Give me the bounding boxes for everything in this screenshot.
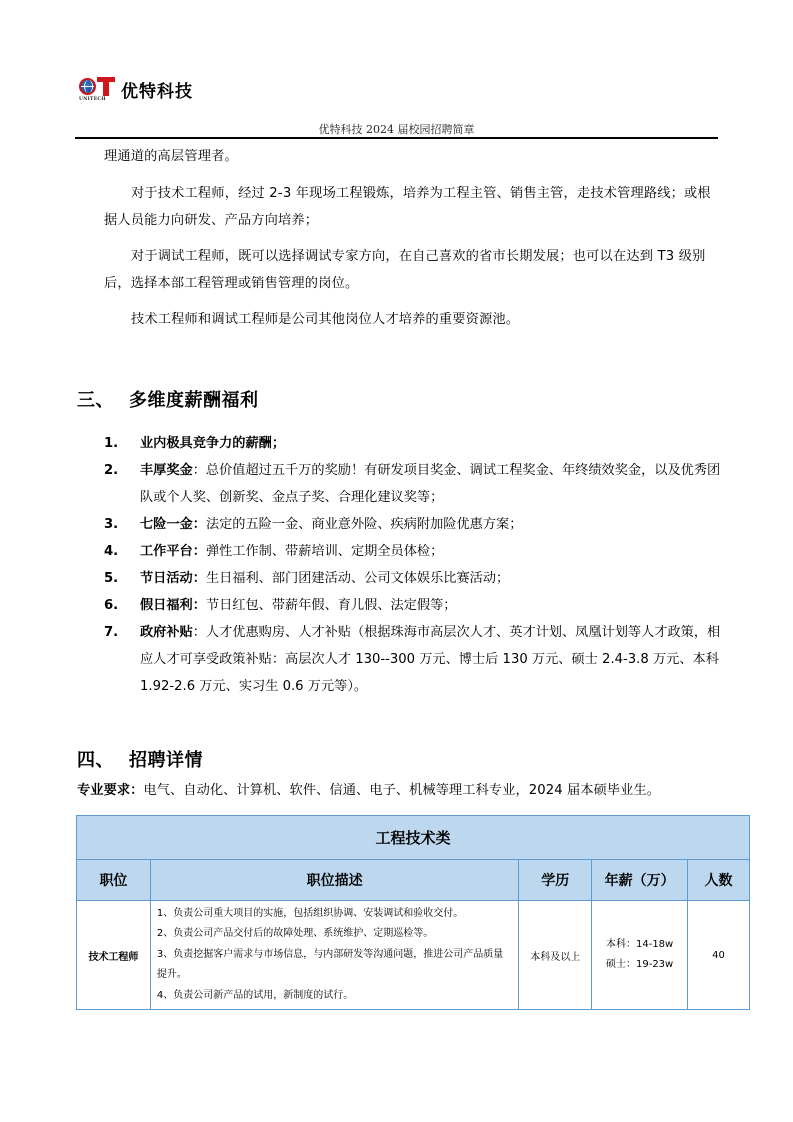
- cell-salary: 本科：14-18w 硕士：19-23w: [592, 901, 688, 1010]
- paragraph-tech-engineer: 对于技术工程师，经过 2-3 年现场工程锻炼，培养为工程主管、销售主管，走技术管…: [104, 180, 724, 234]
- paragraph-debug-engineer: 对于调试工程师，既可以选择调试专家方向，在自己喜欢的省市长期发展；也可以在达到 …: [104, 243, 724, 297]
- list-item: 6. 假日福利：节日红包、带薪年假、育儿假、法定假等；: [104, 592, 729, 619]
- col-header-salary: 年薪（万）: [592, 860, 688, 901]
- section-title: 招聘详情: [129, 746, 203, 772]
- col-header-education: 学历: [519, 860, 592, 901]
- paragraph-continuation: 理通道的高层管理者。: [104, 143, 724, 170]
- jobs-table: 工程技术类 职位 职位描述 学历 年薪（万） 人数 技术工程师 1、负责公司重大…: [76, 815, 750, 1010]
- col-header-position: 职位: [77, 860, 151, 901]
- cell-position: 技术工程师: [77, 901, 151, 1010]
- cell-education: 本科及以上: [519, 901, 592, 1010]
- col-header-description: 职位描述: [150, 860, 518, 901]
- company-logo: UNITECH 优特科技: [77, 76, 193, 104]
- list-item: 5. 节日活动：生日福利、部门团建活动、公司文体娱乐比赛活动；: [104, 565, 729, 592]
- globe-icon: [79, 78, 96, 95]
- list-item: 1. 业内极具竞争力的薪酬；: [104, 430, 729, 457]
- table-header-row: 职位 职位描述 学历 年薪（万） 人数: [77, 860, 750, 901]
- logo-t-icon: [97, 77, 115, 96]
- table-row: 技术工程师 1、负责公司重大项目的实施，包括组织协调、安装调试和验收交付。 2、…: [77, 901, 750, 1010]
- company-name: 优特科技: [121, 77, 193, 102]
- page-header-title: 优特科技 2024 届校园招聘简章: [75, 121, 718, 137]
- section-heading-benefits: 三、 多维度薪酬福利: [77, 386, 259, 412]
- section-number: 三、: [77, 386, 129, 412]
- section-heading-recruitment: 四、 招聘详情: [77, 746, 203, 772]
- col-header-count: 人数: [688, 860, 750, 901]
- header-divider: [75, 137, 718, 139]
- section-title: 多维度薪酬福利: [129, 386, 259, 412]
- table-category-title: 工程技术类: [77, 816, 750, 860]
- cell-description: 1、负责公司重大项目的实施，包括组织协调、安装调试和验收交付。 2、负责公司产品…: [150, 901, 518, 1010]
- requirements-label: 专业要求：: [77, 783, 143, 798]
- list-item: 3. 七险一金：法定的五险一金、商业意外险、疾病附加险优惠方案；: [104, 511, 729, 538]
- cell-count: 40: [688, 901, 750, 1010]
- list-item: 4. 工作平台：弹性工作制、带薪培训、定期全员体检；: [104, 538, 729, 565]
- section-number: 四、: [77, 746, 129, 772]
- logo-mark: UNITECH: [77, 76, 119, 104]
- list-item: 7. 政府补贴：人才优惠购房、人才补贴（根据珠海市高层次人才、英才计划、凤凰计划…: [104, 619, 729, 700]
- major-requirements: 专业要求：电气、自动化、计算机、软件、信通、电子、机械等理工科专业，2024 届…: [77, 779, 660, 798]
- logo-subtext: UNITECH: [79, 97, 106, 102]
- list-item: 2. 丰厚奖金：总价值超过五千万的奖励！有研发项目奖金、调试工程奖金、年终绩效奖…: [104, 457, 729, 511]
- requirements-text: 电气、自动化、计算机、软件、信通、电子、机械等理工科专业，2024 届本硕毕业生…: [143, 783, 660, 798]
- paragraph-resource-pool: 技术工程师和调试工程师是公司其他岗位人才培养的重要资源池。: [104, 306, 724, 333]
- benefits-list: 1. 业内极具竞争力的薪酬； 2. 丰厚奖金：总价值超过五千万的奖励！有研发项目…: [104, 430, 729, 700]
